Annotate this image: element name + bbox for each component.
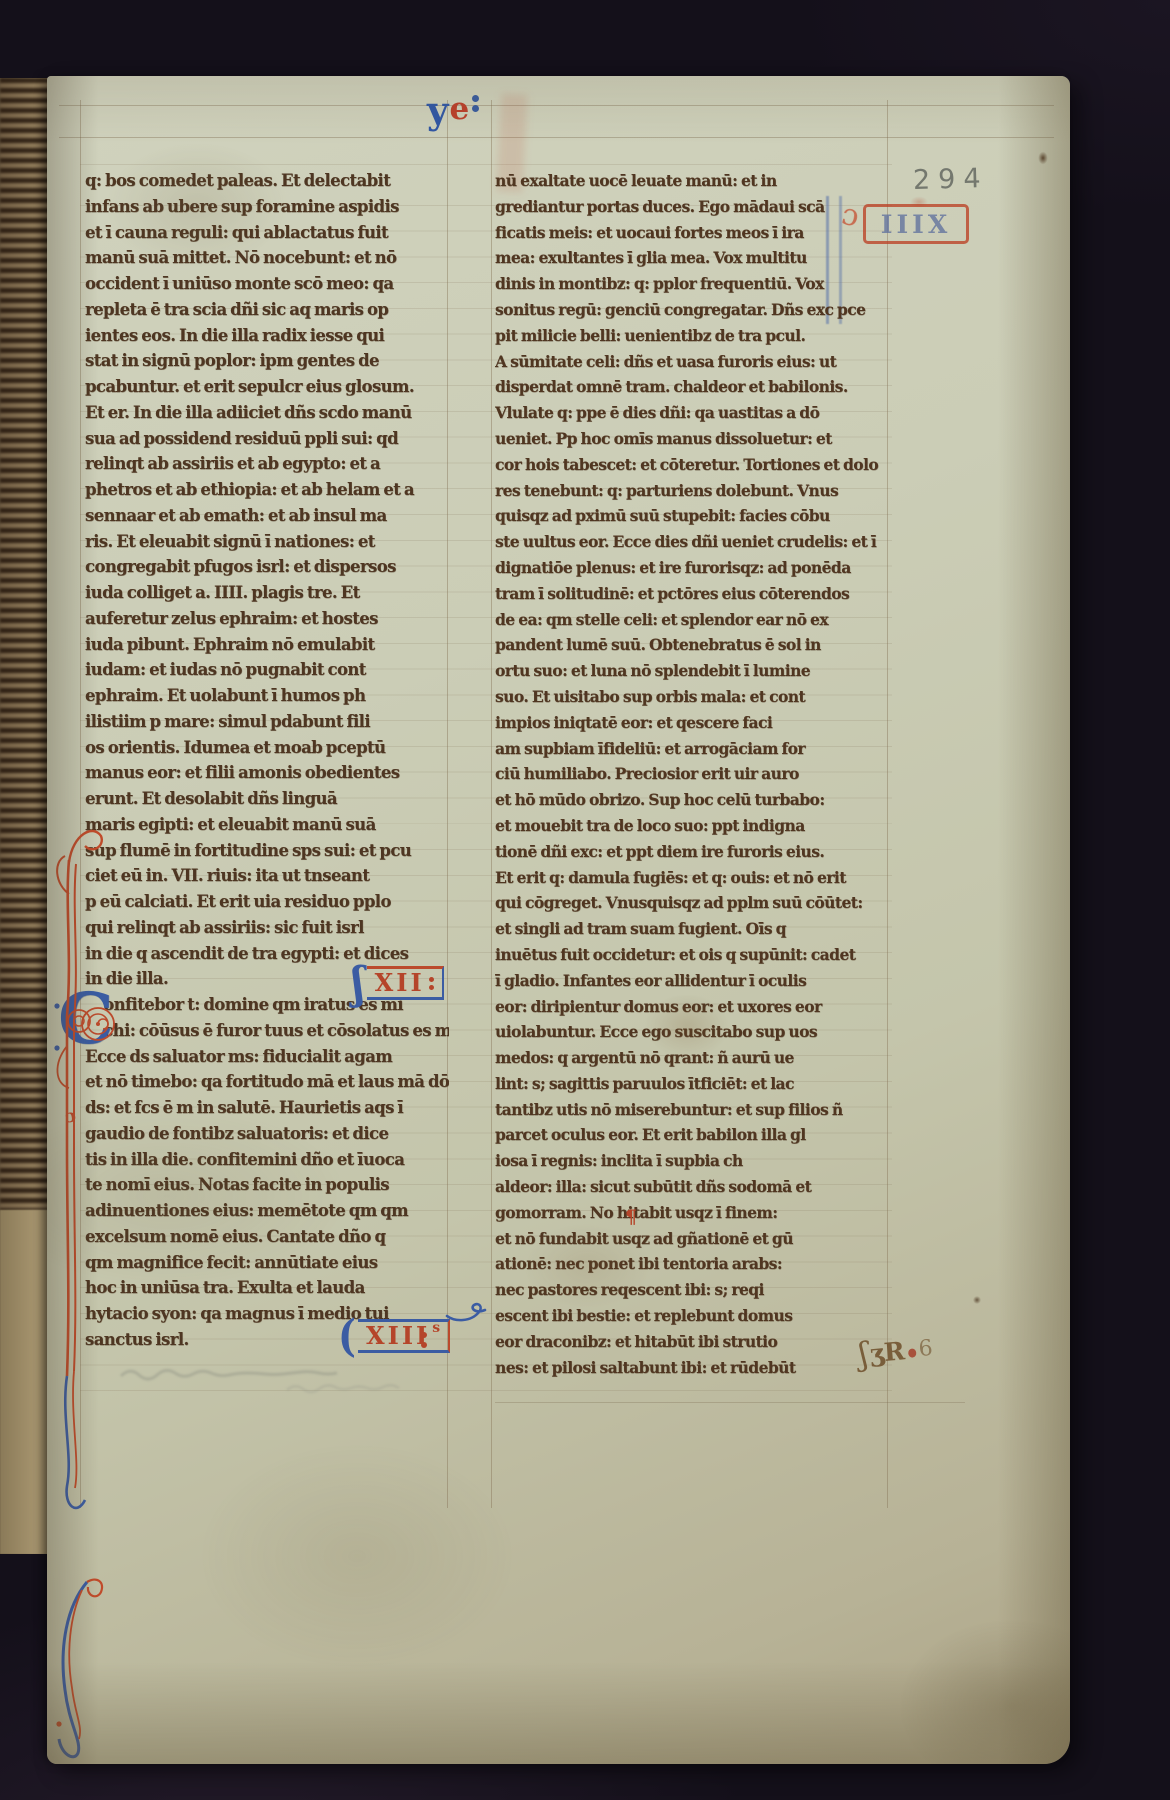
- photo-background: ye 294 ɔ IIIX q: bos comedet paleas. Et …: [0, 0, 1170, 1800]
- chapter-marker-xii: ʃ XII: [352, 966, 444, 1000]
- folio-number-pencil: 294: [913, 163, 989, 196]
- running-header-letter-red: e: [450, 91, 470, 127]
- ruling-top-line-1: [59, 105, 1054, 106]
- corrector-mark: ʃ ʒR 6: [857, 1329, 934, 1373]
- red-blob-dot: [907, 1348, 916, 1358]
- pencil-scribble: [117, 1354, 497, 1400]
- chapter-number-box: XIII s: [358, 1319, 450, 1353]
- ruling-bottom-line: [495, 1402, 965, 1403]
- red-dot-pair: [421, 1328, 427, 1352]
- red-paraph-mark: ¶: [625, 1206, 637, 1228]
- red-flourish-letter: s: [432, 1320, 440, 1336]
- chapter-marker-xiii: ( XIII s: [338, 1319, 450, 1353]
- red-colon-dots: [425, 974, 434, 990]
- text-column-left: q: bos comedet paleas. Et delectabit inf…: [85, 168, 449, 1356]
- ruling-top-line-2: [59, 137, 1054, 138]
- running-header-letter-blue: y: [427, 88, 449, 132]
- marginal-penwork-flourish: [47, 816, 119, 1526]
- chapter-number: XII: [375, 968, 425, 997]
- ruling-vertical-gutter-right: [491, 100, 492, 1508]
- blue-line-filler-swirl: [445, 1298, 489, 1324]
- chapter-number-box: XII: [367, 966, 444, 1000]
- text-column-right: nū exaltate uocē leuate manū: et in gred…: [495, 168, 889, 1386]
- blue-bracket-flourish: (: [338, 1319, 356, 1354]
- manuscript-page: ye 294 ɔ IIIX q: bos comedet paleas. Et …: [47, 76, 1070, 1764]
- quire-mark-letters: IIIX: [881, 210, 951, 239]
- fish-tail-flourish: [47, 1574, 119, 1770]
- blue-bracket-flourish: ʃ: [352, 966, 365, 1001]
- running-header: ye: [427, 84, 479, 132]
- running-header-colon-dots: [472, 92, 479, 115]
